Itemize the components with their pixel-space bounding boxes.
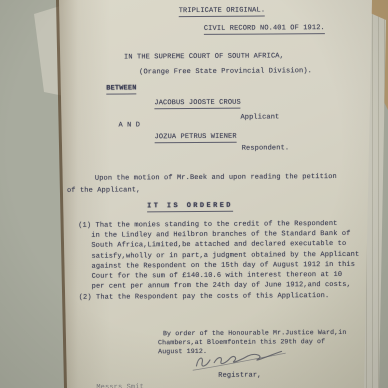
clause-1-line: South Africa,Limited,be attached and dec… — [91, 240, 346, 250]
clause-2-line: (2) That the Respondent pay the costs of… — [79, 292, 330, 302]
respondent-name: JOZUA PETRUS WIENER — [155, 133, 237, 142]
preamble-line-1: Upon the motion of Mr.Beek and upon read… — [95, 173, 337, 183]
clause-1-line: satisfy,wholly or in part,a judgment obt… — [91, 251, 359, 261]
bottom-partial-line: Messrs Smit — [96, 383, 144, 388]
preamble-line-2: of the Applicant, — [67, 186, 141, 195]
clause-1-line: against the Respondent on the 15th day o… — [91, 261, 355, 271]
applicant-name: JACOBUS JOOSTE CROUS — [154, 99, 240, 108]
by-order-line: By order of the Honourable Mr.Justice Wa… — [163, 329, 347, 338]
typewritten-text: TRIPLICATE ORIGINAL. CIVIL RECORD NO.401… — [0, 0, 388, 388]
court-name: IN THE SUPREME COURT OF SOUTH AFRICA, — [124, 52, 284, 61]
and-label: A N D — [118, 121, 140, 129]
clause-1-line: Court for the sum of £140.10.6 with inte… — [92, 271, 343, 281]
registrar-label: Registrar, — [218, 372, 261, 380]
photographed-court-order: TRIPLICATE ORIGINAL. CIVIL RECORD NO.401… — [0, 0, 388, 388]
clause-1-line: per cent per annum from the 24th day of … — [92, 281, 351, 291]
between-label: BETWEEN — [106, 84, 136, 92]
triplicate-stamp: TRIPLICATE ORIGINAL. — [179, 6, 265, 15]
clause-1-line: (1) That the monies standing to the cred… — [78, 220, 337, 230]
order-heading: IT IS ORDERED — [147, 202, 233, 211]
court-division: (Orange Free State Provincial Division). — [139, 67, 312, 76]
case-number: CIVIL RECORD NO.401 OF 1912. — [204, 24, 325, 33]
clause-1-line: in the Lindley and Heilbron branches of … — [91, 230, 350, 240]
respondent-role: Respondent. — [242, 144, 290, 152]
applicant-role: Applicant — [240, 113, 279, 121]
